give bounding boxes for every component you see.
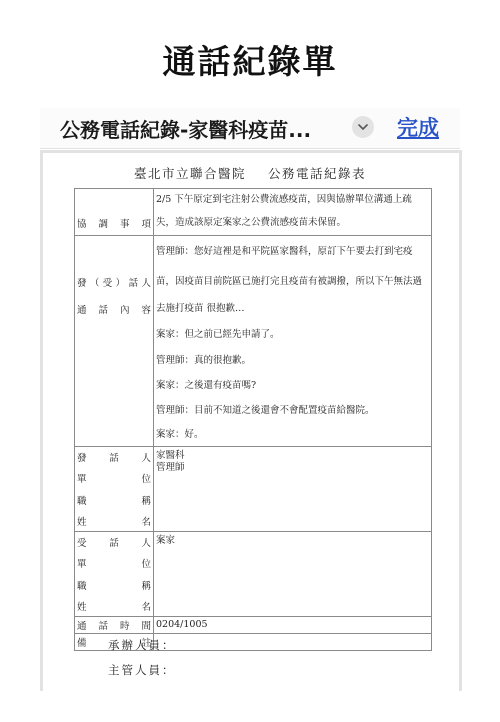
- call-record-table: 協 調 事 項 2/5 下午原定到宅注射公費流感疫苗，因與協辦單位溝通上疏 失，…: [74, 188, 432, 651]
- document-heading: 臺北市立聯合醫院公務電話紀錄表: [0, 164, 500, 182]
- label-call-content: 發 （ 受 ） 話 人 通 話 內 容: [75, 236, 154, 447]
- table-row-call-content: 發 （ 受 ） 話 人 通 話 內 容 管理師：您好這裡是和平院區家醫科，原訂下…: [75, 236, 432, 447]
- document-options-button[interactable]: [352, 116, 374, 138]
- value-call-content: 管理師：您好這裡是和平院區家醫科，原訂下午要去打到宅疫 苗，因疫苗目前院區已施打…: [154, 236, 432, 447]
- hospital-name: 臺北市立聯合醫院: [134, 166, 246, 181]
- value-receiver-info: 案家: [154, 532, 432, 617]
- chevron-down-icon: [358, 124, 368, 131]
- label-coordination: 協 調 事 項: [75, 189, 154, 236]
- page-title: 通話紀錄單: [0, 36, 500, 83]
- value-call-time: 0204/1005: [154, 617, 432, 634]
- table-row-receiver: 受 話 人 單 位 職 稱 姓 名 案家: [75, 532, 432, 617]
- table-row-call-time: 通 話 時 間 0204/1005: [75, 617, 432, 634]
- document-toolbar: 公務電話紀錄-家醫科疫苗... 完成: [40, 108, 460, 149]
- document-name[interactable]: 公務電話紀錄-家醫科疫苗...: [60, 114, 311, 143]
- form-title: 公務電話紀錄表: [268, 166, 366, 181]
- label-caller-info: 發 話 人 單 位 職 稱 姓 名: [75, 447, 154, 532]
- supervisor-signature-label: 主管人員：: [108, 662, 176, 678]
- value-coordination: 2/5 下午原定到宅注射公費流感疫苗，因與協辦單位溝通上疏 失，造成該原定案家之…: [154, 189, 432, 236]
- table-row-coordination: 協 調 事 項 2/5 下午原定到宅注射公費流感疫苗，因與協辦單位溝通上疏 失，…: [75, 189, 432, 236]
- value-remarks: [154, 634, 432, 651]
- value-caller-info: 家醫科 管理師: [154, 447, 432, 532]
- label-receiver-info: 受 話 人 單 位 職 稱 姓 名: [75, 532, 154, 617]
- handler-signature-label: 承辦人員：: [108, 637, 176, 653]
- done-button[interactable]: 完成: [397, 112, 439, 142]
- label-call-time: 通 話 時 間: [75, 617, 154, 634]
- table-row-caller: 發 話 人 單 位 職 稱 姓 名 家醫科 管理師: [75, 447, 432, 532]
